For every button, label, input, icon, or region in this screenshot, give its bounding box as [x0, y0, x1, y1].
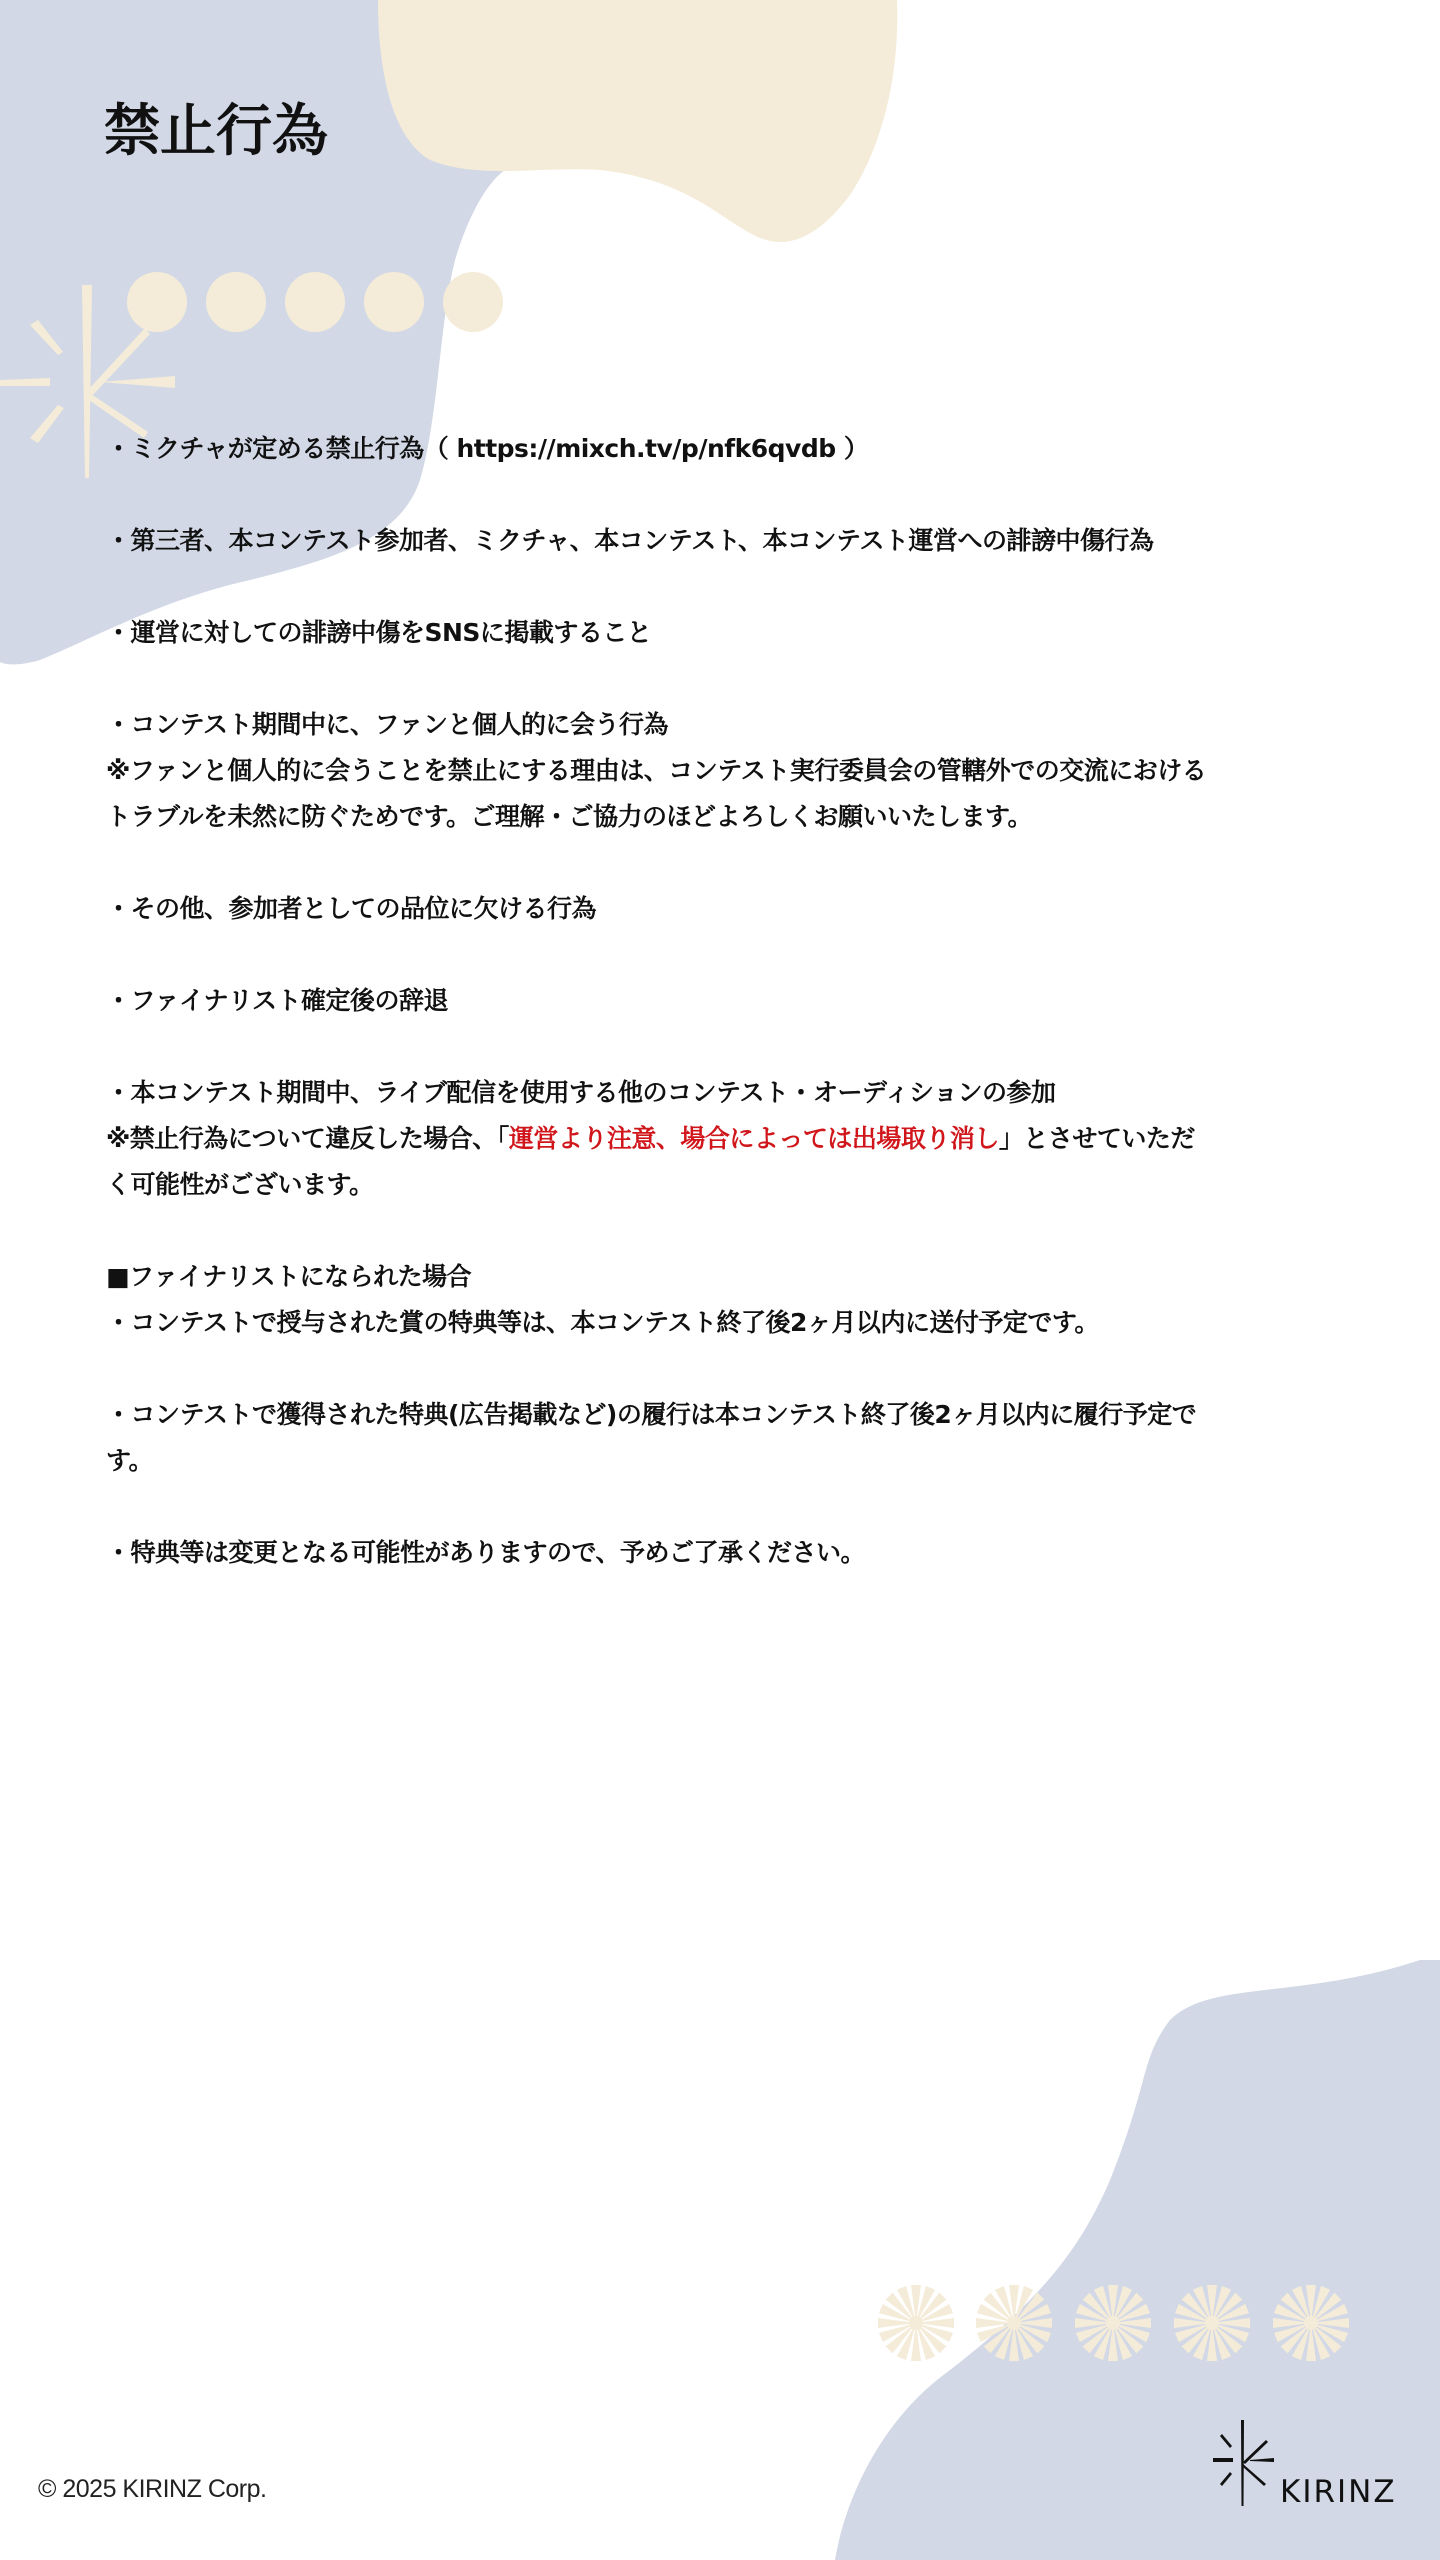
- item-meeting-fans-note-line2: トラブルを未然に防ぐためです。ご理解・ご協力のほどよろしくお願いいたします。: [106, 794, 1346, 840]
- item-lacking-dignity: ・その他、参加者としての品位に欠ける行為: [106, 886, 1346, 932]
- copyright: © 2025 KIRINZ Corp.: [38, 2475, 266, 2504]
- finalist-heading: ■ファイナリストになられた場合: [106, 1254, 1346, 1300]
- item-mixch-prohibited-acts: ・ミクチャが定める禁止行為（ https://mixch.tv/p/nfk6qv…: [106, 426, 1346, 472]
- spacer: [106, 656, 1346, 702]
- finalist-item-subject-to-change: ・特典等は変更となる可能性がありますので、予めご了承ください。: [106, 1530, 1346, 1576]
- finalist-item-benefit-fulfillment-line2: す。: [106, 1438, 1346, 1484]
- item-other-contests: ・本コンテスト期間中、ライブ配信を使用する他のコンテスト・オーディションの参加: [106, 1070, 1346, 1116]
- violation-note-line2: く可能性がございます。: [106, 1162, 1346, 1208]
- violation-note-suffix: 」とさせていただ: [999, 1124, 1195, 1153]
- finalist-item-benefit-fulfillment-line1: ・コンテストで獲得された特典(広告掲載など)の履行は本コンテスト終了後2ヶ月以内…: [106, 1392, 1346, 1438]
- kirinz-burst-icon: [1200, 2418, 1280, 2510]
- spacer: [106, 840, 1346, 886]
- prohibited-acts-content: ・ミクチャが定める禁止行為（ https://mixch.tv/p/nfk6qv…: [106, 426, 1346, 1576]
- spacer: [106, 1484, 1346, 1530]
- item-meeting-fans-note-line1: ※ファンと個人的に会うことを禁止にする理由は、コンテスト実行委員会の管轄外での交…: [106, 748, 1346, 794]
- spacer: [106, 1346, 1346, 1392]
- logo-wordmark: KIRINZ: [1280, 2474, 1397, 2510]
- finalist-item-prize-delivery: ・コンテストで授与された賞の特典等は、本コンテスト終了後2ヶ月以内に送付予定です…: [106, 1300, 1346, 1346]
- spacer: [106, 1208, 1346, 1254]
- item-finalist-withdrawal: ・ファイナリスト確定後の辞退: [106, 978, 1346, 1024]
- item-defamation: ・第三者、本コンテスト参加者、ミクチャ、本コンテスト、本コンテスト運営への誹謗中…: [106, 518, 1346, 564]
- violation-note-prefix: ※禁止行為について違反した場合、「: [106, 1124, 509, 1153]
- violation-note-line1: ※禁止行為について違反した場合、「運営より注意、場合によっては出場取り消し」とさ…: [106, 1116, 1346, 1162]
- spacer: [106, 1024, 1346, 1070]
- violation-warning-highlight: 運営より注意、場合によっては出場取り消し: [509, 1124, 999, 1153]
- spacer: [106, 564, 1346, 610]
- kirinz-logo: KIRINZ: [1200, 2418, 1410, 2510]
- spacer: [106, 472, 1346, 518]
- item-meeting-fans: ・コンテスト期間中に、ファンと個人的に会う行為: [106, 702, 1346, 748]
- spacer: [106, 932, 1346, 978]
- page-title: 禁止行為: [104, 94, 328, 170]
- item-sns-defamation: ・運営に対しての誹謗中傷をSNSに掲載すること: [106, 610, 1346, 656]
